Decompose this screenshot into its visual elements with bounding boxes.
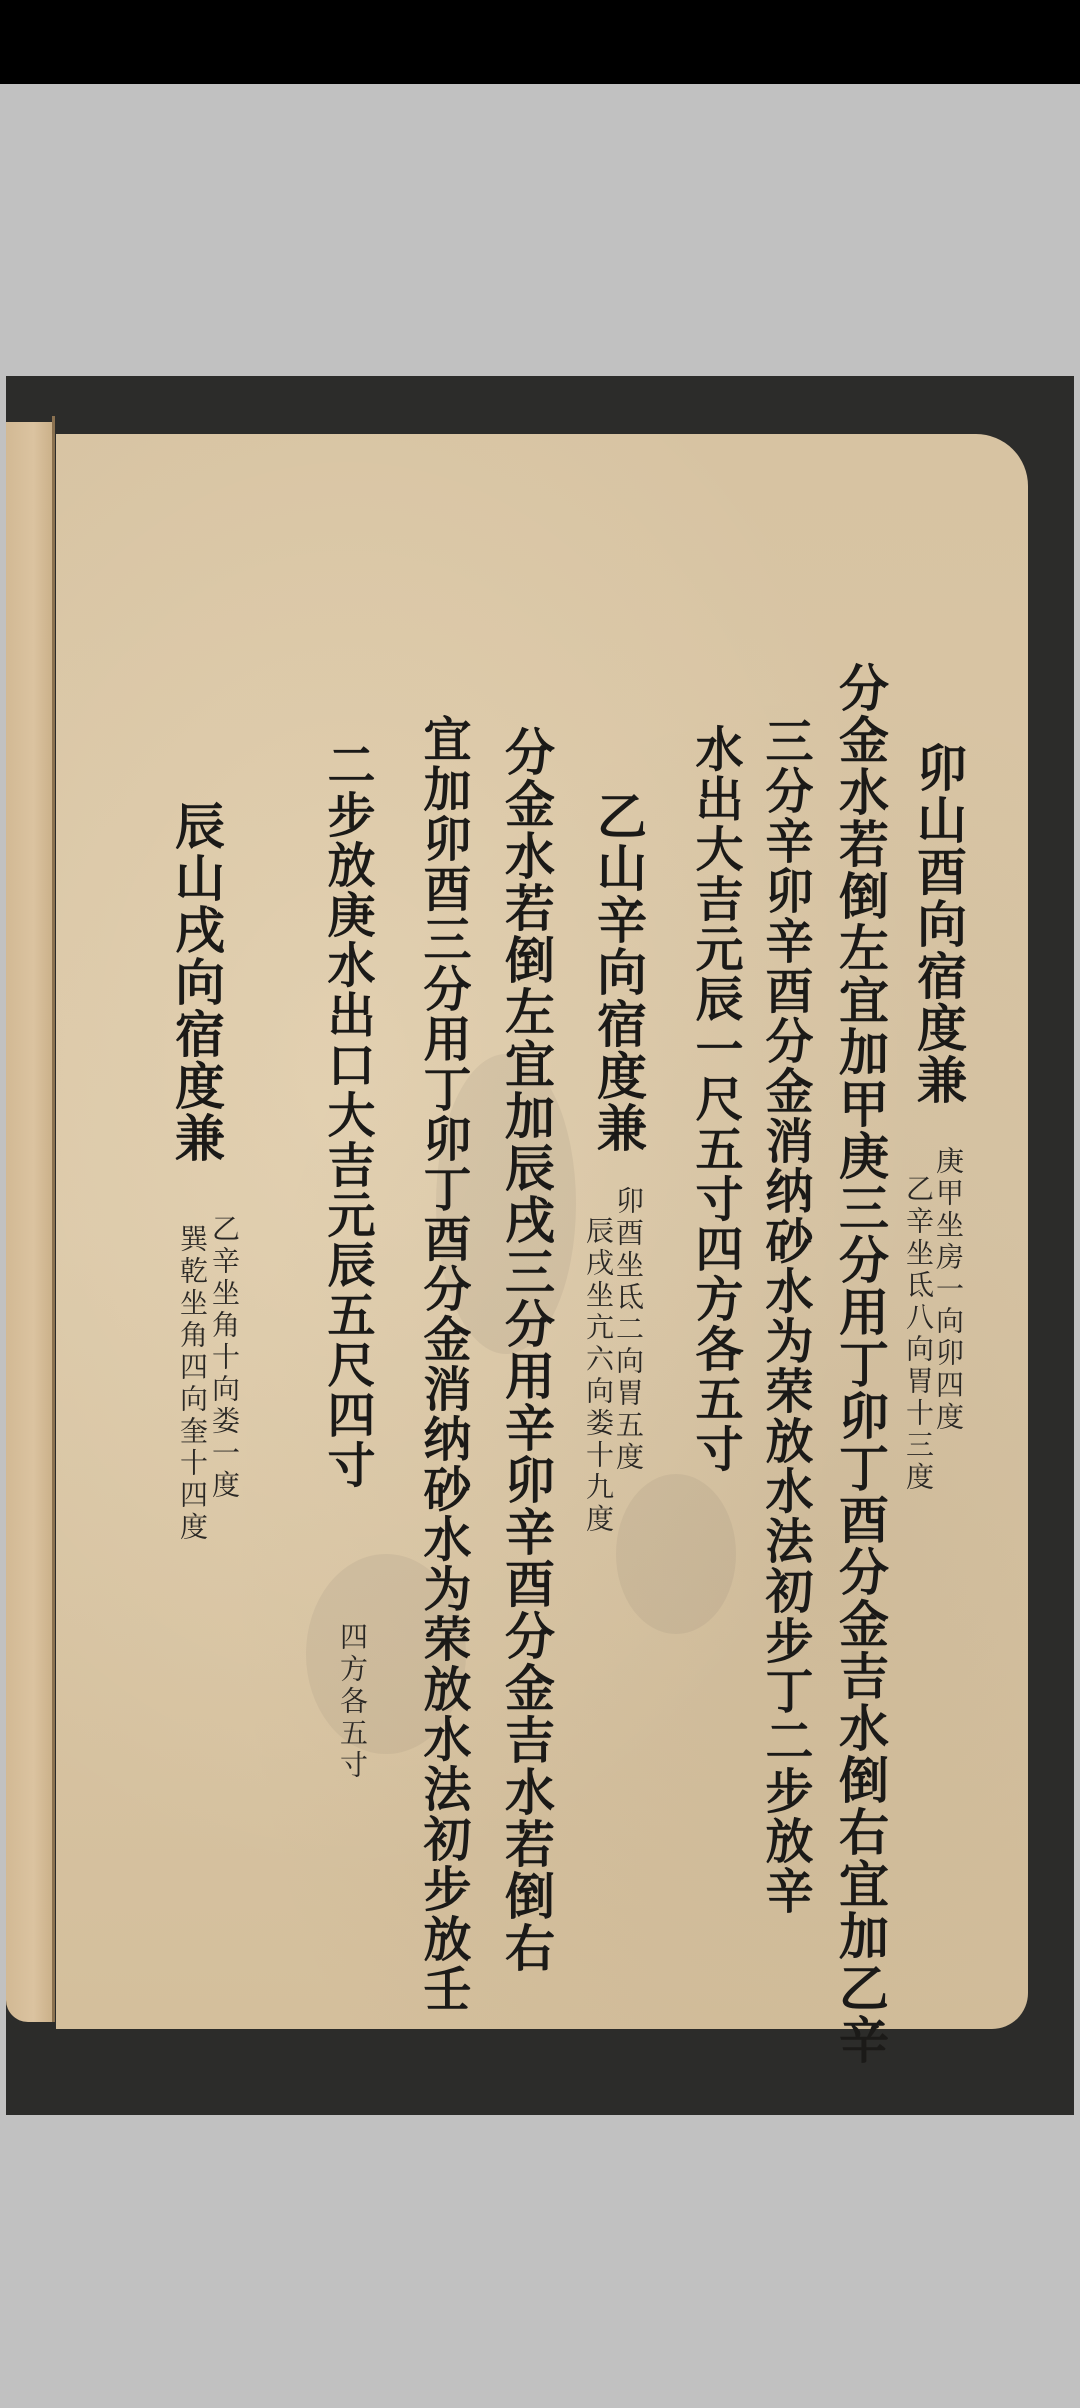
column-9-note-b: 巽乾坐角四向奎十四度	[176, 1224, 208, 1544]
column-9-note-a: 乙辛坐角十向娄一度	[208, 1214, 240, 1502]
paper-stain	[616, 1474, 736, 1634]
spine-fold-line	[52, 416, 55, 2022]
column-5-note-b: 辰戌坐亢六向娄十九度	[582, 1216, 614, 1536]
manuscript-page: 卯山酉向宿度兼 庚甲坐房一向卯四度 乙辛坐氐八向胃十三度 分金水若倒左宜加甲庚三…	[56, 434, 1028, 2029]
previous-page-edge	[6, 422, 52, 2022]
column-4-text: 水出大吉元辰一尺五寸四方各五寸	[686, 724, 744, 1474]
column-1-note-a: 庚甲坐房一向卯四度	[932, 1146, 964, 1434]
column-9-heading: 辰山戌向宿度兼	[166, 800, 226, 1164]
column-3-text: 三分辛卯辛酉分金消纳砂水为荣放水法初步丁二步放辛	[756, 716, 814, 1916]
column-1-note-b: 乙辛坐氐八向胃十三度	[902, 1174, 934, 1494]
column-8-note: 四方各五寸	[336, 1622, 368, 1782]
column-5-note-a: 卯酉坐氐二向胃五度	[612, 1186, 644, 1474]
status-bar	[0, 0, 1080, 84]
column-2-text: 分金水若倒左宜加甲庚三分用丁卯丁酉分金吉水倒右宜加乙辛	[830, 662, 890, 2066]
column-7-text: 宜加卯酉三分用丁卯丁酉分金消纳砂水为荣放水法初步放壬	[414, 714, 472, 2014]
column-8-text: 二步放庚水出口大吉元辰五尺四寸	[318, 740, 376, 1490]
column-1-heading: 卯山酉向宿度兼	[908, 742, 968, 1106]
column-5-heading: 乙山辛向宿度兼	[588, 790, 648, 1154]
column-6-text: 分金水若倒左宜加辰戌三分用辛卯辛酉分金吉水若倒右	[496, 726, 556, 1974]
scanned-page-image[interactable]: 卯山酉向宿度兼 庚甲坐房一向卯四度 乙辛坐氐八向胃十三度 分金水若倒左宜加甲庚三…	[6, 376, 1074, 2115]
